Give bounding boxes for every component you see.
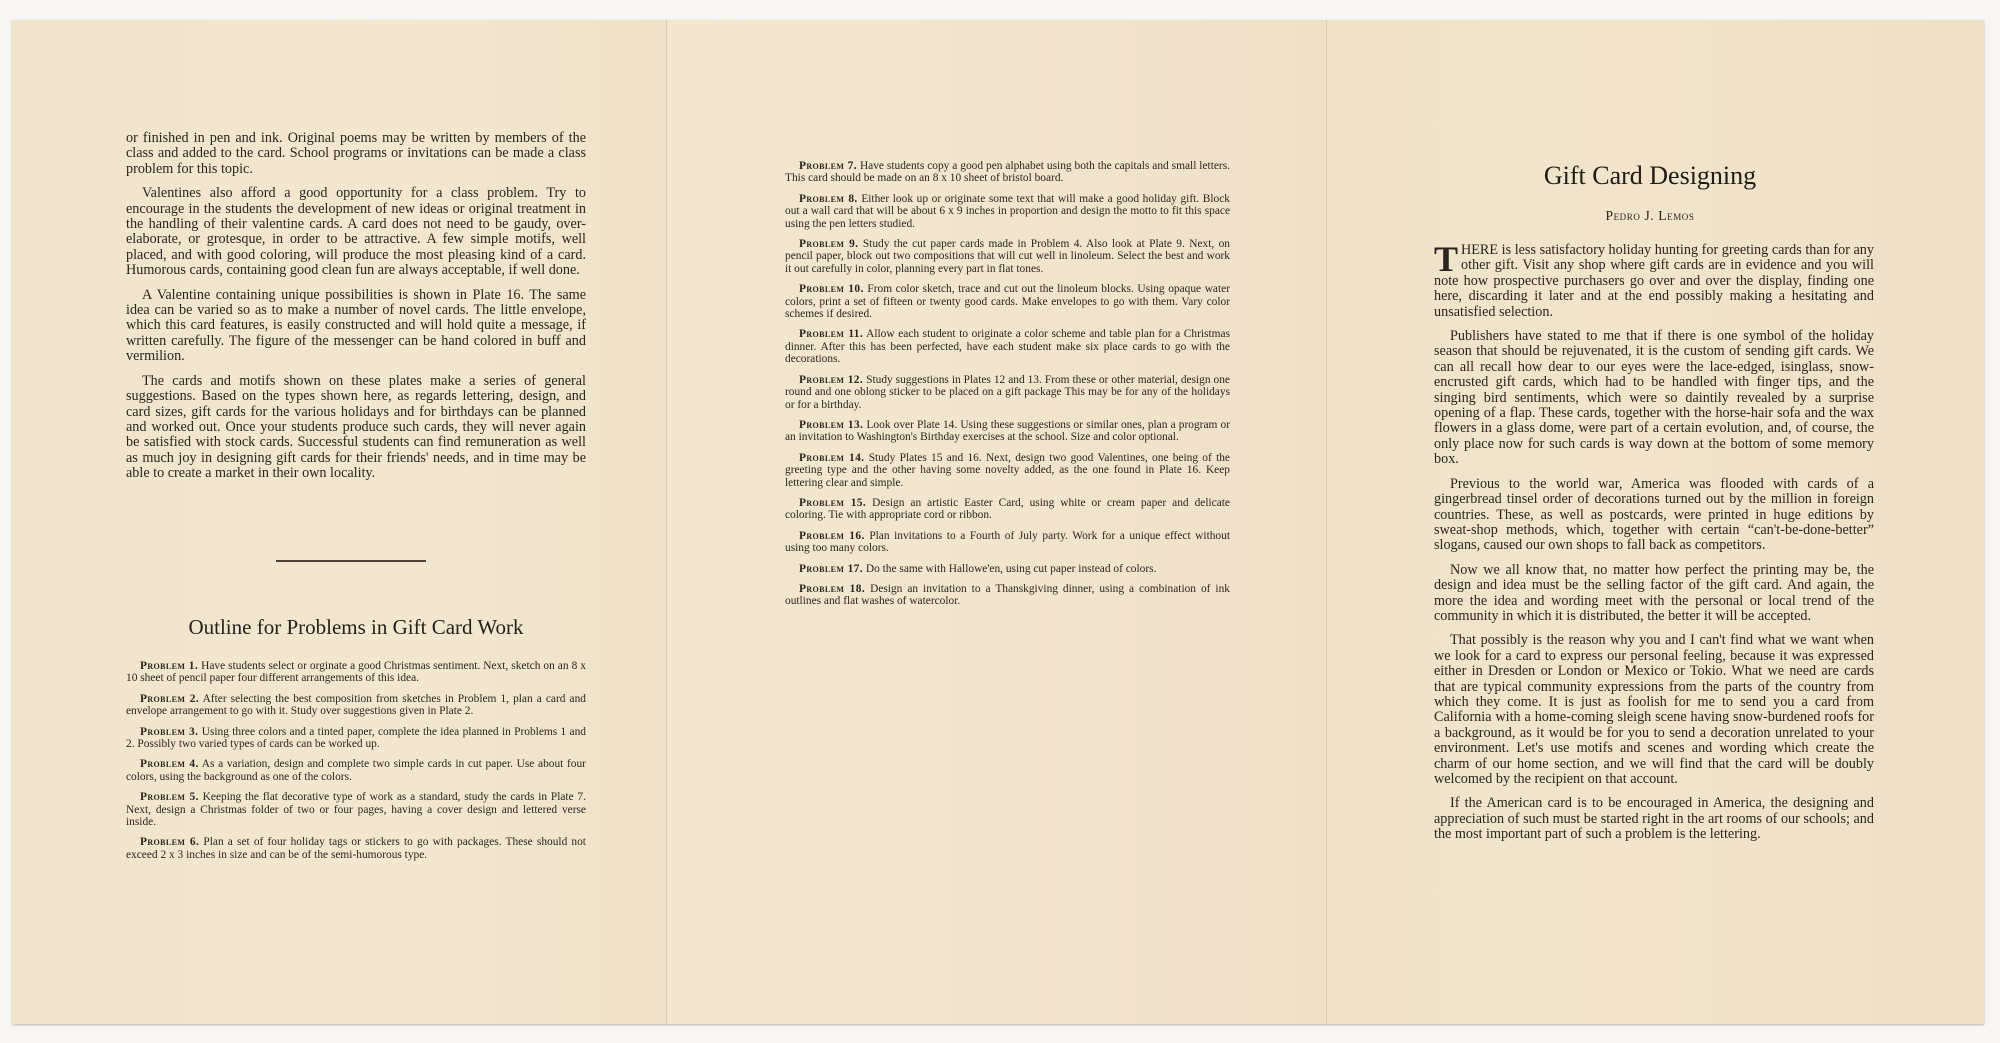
problem-item: Problem 17. Do the same with Hallowe'en,… — [785, 563, 1230, 575]
problem-item: Problem 8. Either look up or originate s… — [785, 193, 1230, 230]
problem-item: Problem 3. Using three colors and a tint… — [126, 726, 586, 751]
author-byline: Pedro J. Lemos — [1400, 208, 1900, 224]
problem-label: Problem 12. — [799, 374, 863, 386]
problem-item: Problem 7. Have students copy a good pen… — [785, 160, 1230, 185]
problem-label: Problem 6. — [140, 836, 199, 848]
problem-item: Problem 12. Study suggestions in Plates … — [785, 374, 1230, 411]
opening-text: HERE is less satisfactory holiday huntin… — [1434, 242, 1874, 320]
problem-text: Do the same with Hallowe'en, using cut p… — [866, 563, 1157, 575]
problem-label: Problem 2. — [140, 693, 199, 705]
problem-item: Problem 4. As a variation, design and co… — [126, 758, 586, 783]
opening-paragraph: THERE is less satisfactory holiday hunti… — [1434, 243, 1874, 320]
problem-label: Problem 16. — [799, 530, 865, 542]
problem-item: Problem 15. Design an artistic Easter Ca… — [785, 497, 1230, 522]
problem-list-left: Problem 1. Have students select or orgin… — [126, 660, 586, 869]
section-divider — [276, 560, 426, 562]
problem-item: Problem 16. Plan invitations to a Fourth… — [785, 530, 1230, 555]
problem-item: Problem 13. Look over Plate 14. Using th… — [785, 419, 1230, 444]
problem-label: Problem 13. — [799, 419, 863, 431]
paragraph: Valentines also afford a good opportunit… — [126, 186, 586, 278]
problem-item: Problem 5. Keeping the flat decorative t… — [126, 791, 586, 828]
problem-item: Problem 6. Plan a set of four holiday ta… — [126, 836, 586, 861]
paragraph: If the American card is to be encouraged… — [1434, 796, 1874, 842]
drop-cap: T — [1434, 245, 1458, 273]
problem-list-middle: Problem 7. Have students copy a good pen… — [785, 160, 1230, 616]
problem-label: Problem 15. — [799, 497, 866, 509]
article-title: Gift Card Designing — [1400, 160, 1900, 192]
problem-label: Problem 4. — [140, 758, 199, 770]
problem-label: Problem 8. — [799, 193, 858, 205]
problem-item: Problem 9. Study the cut paper cards mad… — [785, 238, 1230, 275]
problem-label: Problem 10. — [799, 283, 864, 295]
outline-heading: Outline for Problems in Gift Card Work — [126, 614, 586, 640]
problem-item: Problem 2. After selecting the best comp… — [126, 693, 586, 718]
problem-label: Problem 18. — [799, 583, 865, 595]
problem-item: Problem 14. Study Plates 15 and 16. Next… — [785, 452, 1230, 489]
problem-item: Problem 10. From color sketch, trace and… — [785, 283, 1230, 320]
problem-label: Problem 17. — [799, 563, 863, 575]
problem-label: Problem 9. — [799, 238, 858, 250]
paragraph: Publishers have stated to me that if the… — [1434, 329, 1874, 468]
paragraph: Previous to the world war, America was f… — [1434, 477, 1874, 554]
problem-item: Problem 11. Allow each student to origin… — [785, 328, 1230, 365]
paragraph: A Valentine containing unique possibilit… — [126, 288, 586, 365]
problem-label: Problem 14. — [799, 452, 864, 464]
fold-crease-right — [1326, 20, 1328, 1024]
fold-crease-left — [666, 20, 668, 1024]
problem-label: Problem 11. — [799, 328, 863, 340]
paragraph: or finished in pen and ink. Original poe… — [126, 131, 586, 177]
article-body: THERE is less satisfactory holiday hunti… — [1434, 243, 1874, 852]
left-body-text: or finished in pen and ink. Original poe… — [126, 131, 586, 491]
problem-item: Problem 18. Design an invitation to a Th… — [785, 583, 1230, 608]
problem-item: Problem 1. Have students select or orgin… — [126, 660, 586, 685]
problem-label: Problem 3. — [140, 726, 198, 738]
problem-label: Problem 7. — [799, 160, 857, 172]
problem-label: Problem 1. — [140, 660, 198, 672]
paragraph: The cards and motifs shown on these plat… — [126, 374, 586, 482]
paragraph: Now we all know that, no matter how perf… — [1434, 563, 1874, 625]
paragraph: That possibly is the reason why you and … — [1434, 633, 1874, 787]
problem-label: Problem 5. — [140, 791, 199, 803]
